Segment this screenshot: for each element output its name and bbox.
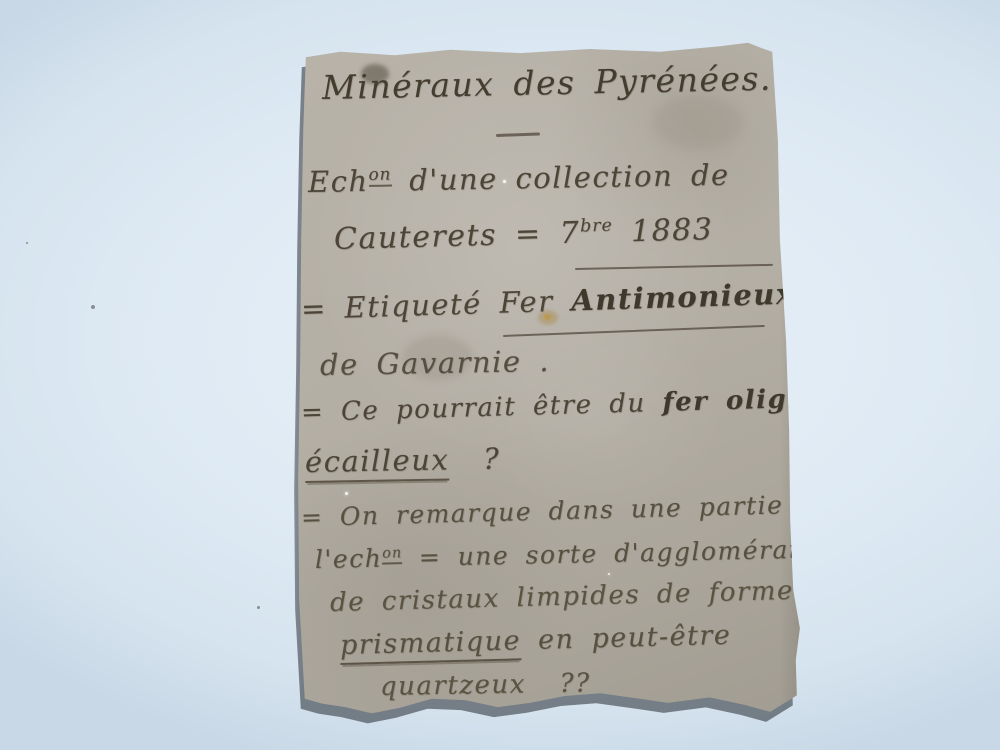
underlined-word: écailleux (305, 442, 450, 483)
line-gavarnie: de Gavarnie . (320, 344, 551, 382)
dust-speck (91, 305, 95, 309)
underline-stroke (503, 325, 765, 337)
text-segment: Cauterets = 7 (334, 216, 581, 257)
text-segment: d'une collection de (391, 158, 730, 198)
question-mark: ? (483, 442, 501, 476)
text-segment: de cristaux limpides de forme (330, 576, 795, 618)
mottling-stain (653, 95, 743, 150)
text-segment: l'ech (315, 544, 383, 574)
line-echantillon: Echon d'une collection de (308, 158, 730, 199)
year-text: 1883 (613, 212, 714, 250)
line-quartzeux: quartzeux?? (380, 668, 591, 702)
text-segment: = On remarque dans une partie de (301, 489, 834, 532)
superscript-abbreviation: on (382, 545, 402, 564)
text-segment: en peut-être (521, 620, 732, 656)
underlined-word: prismatique (340, 625, 522, 665)
question-marks: ?? (559, 668, 590, 699)
superscript-abbreviation: bre (580, 216, 613, 237)
mica-sparkle (608, 573, 610, 575)
text-segment: = Ce pourrait être du (301, 388, 663, 428)
line-remarque: = On remarque dans une partie de (301, 489, 834, 532)
line-hypothese: = Ce pourrait être du fer oligiste (301, 383, 847, 428)
title-divider-stroke (496, 132, 540, 137)
text-segment: quartzeux (380, 669, 526, 702)
text-segment: de Gavarnie . (320, 344, 551, 382)
underline-stroke (575, 264, 773, 270)
text-segment: Ech (308, 164, 369, 199)
text-segment: = une sorte d'agglomération (402, 534, 844, 572)
mica-sparkle (345, 492, 348, 495)
mineral-name-text: Antimonieux (571, 276, 795, 317)
line-ecailleux: écailleux? (305, 442, 501, 479)
line-agglomeration: l'echon = une sorte d'agglomération (315, 534, 845, 574)
text-segment: = Etiqueté Fer (300, 284, 571, 326)
question-mark: ? (794, 277, 805, 297)
dust-speck (257, 606, 260, 609)
superscript-abbreviation: on (368, 164, 391, 187)
line-date: Cauterets = 7bre 1883 (334, 212, 714, 257)
dust-speck (26, 242, 28, 244)
paper-label: Minéraux des Pyrénées. Echon d'une colle… (293, 40, 805, 732)
line-prismatique: prismatique en peut-être (340, 620, 732, 661)
photograph-background: Minéraux des Pyrénées. Echon d'une colle… (0, 0, 1000, 750)
mineral-name-text: fer oligiste (662, 383, 847, 418)
line-cristaux: de cristaux limpides de forme (330, 576, 795, 618)
